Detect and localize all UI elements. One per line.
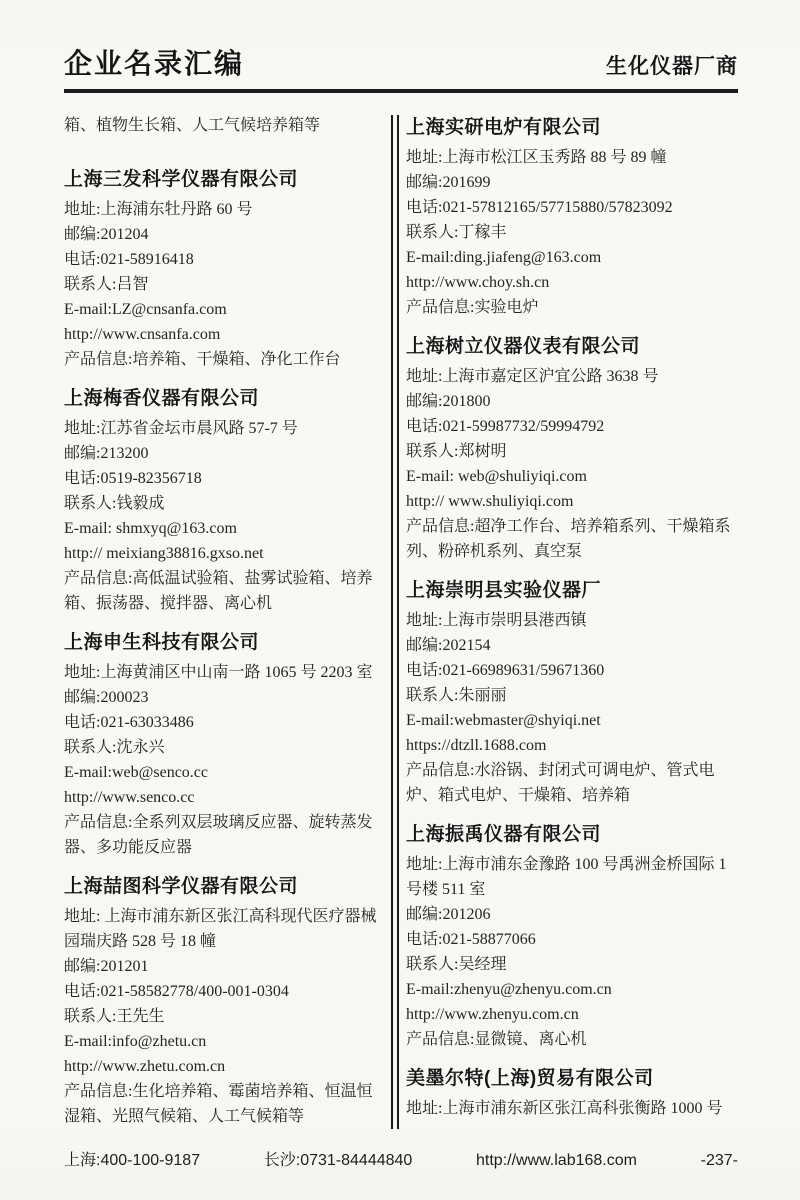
entry-field-line: 联系人:郑树明 <box>406 439 738 464</box>
entry-field-line: 产品信息:超净工作台、培养箱系列、干燥箱系列、粉碎机系列、真空泵 <box>406 514 738 564</box>
column-divider-rule <box>391 115 399 1129</box>
entry-field-line: E-mail:zhenyu@zhenyu.com.cn <box>406 977 738 1002</box>
entry-field-line: 电话:021-58877066 <box>406 927 738 952</box>
entry-field-line: 联系人:钱毅成 <box>64 491 382 516</box>
entry-field-line: 电话:021-66989631/59671360 <box>406 658 738 683</box>
footer-page-number: -237- <box>701 1152 738 1170</box>
company-name: 上海振禹仪器有限公司 <box>406 820 738 850</box>
directory-content: 箱、植物生长箱、人工气候培养箱等上海三发科学仪器有限公司地址:上海浦东牡丹路 6… <box>64 113 738 1135</box>
entry-field-line: http://www.zhenyu.com.cn <box>406 1002 738 1027</box>
entry-field-line: 邮编:200023 <box>64 685 382 710</box>
entry-field-line: E-mail: web@shuliyiqi.com <box>406 464 738 489</box>
page-footer: 上海:400-100-9187 长沙:0731-84444840 http://… <box>64 1135 738 1170</box>
entry-field-line: 地址:上海市浦东新区张江高科张衡路 1000 号 <box>406 1096 738 1121</box>
company-name: 上海实研电炉有限公司 <box>406 113 738 143</box>
entry-field-line: 联系人:吕智 <box>64 272 382 297</box>
entry-field-line: 邮编:201204 <box>64 222 382 247</box>
entry-field-line: http://www.cnsanfa.com <box>64 322 382 347</box>
company-entry: 上海三发科学仪器有限公司地址:上海浦东牡丹路 60 号邮编:201204电话:0… <box>64 165 382 372</box>
entry-field-line: E-mail:LZ@cnsanfa.com <box>64 297 382 322</box>
entry-field-line: 邮编:201206 <box>406 902 738 927</box>
entry-field-line: 邮编:213200 <box>64 441 382 466</box>
entry-field-line: 地址:上海市嘉定区沪宜公路 3638 号 <box>406 364 738 389</box>
entry-field-line: E-mail:ding.jiafeng@163.com <box>406 245 738 270</box>
entry-field-line: E-mail:webmaster@shyiqi.net <box>406 708 738 733</box>
entry-field-line: 产品信息:全系列双层玻璃反应器、旋转蒸发器、多功能反应器 <box>64 810 382 860</box>
entry-field-line: 联系人:丁稼丰 <box>406 220 738 245</box>
entry-field-line: 联系人:朱丽丽 <box>406 683 738 708</box>
entry-field-line: 电话:021-58582778/400-001-0304 <box>64 979 382 1004</box>
entry-field-line: 联系人:王先生 <box>64 1004 382 1029</box>
entry-field-line: 产品信息:生化培养箱、霉菌培养箱、恒温恒湿箱、光照气候箱、人工气候箱等 <box>64 1079 382 1129</box>
entry-field-line: 地址:上海市浦东金豫路 100 号禹洲金桥国际 1 号楼 511 室 <box>406 852 738 902</box>
entry-field-line: http://www.senco.cc <box>64 785 382 810</box>
entry-field-line: 地址: 上海市浦东新区张江高科现代医疗器械园瑞庆路 528 号 18 幢 <box>64 904 382 954</box>
entry-field-line: 地址:上海市崇明县港西镇 <box>406 608 738 633</box>
entry-field-line: 地址:上海黄浦区中山南一路 1065 号 2203 室 <box>64 660 382 685</box>
entry-field-line: 邮编:202154 <box>406 633 738 658</box>
entry-field-line: 产品信息:高低温试验箱、盐雾试验箱、培养箱、振荡器、搅拌器、离心机 <box>64 566 382 616</box>
entry-field-line: http:// www.shuliyiqi.com <box>406 489 738 514</box>
entry-field-line: http://www.choy.sh.cn <box>406 270 738 295</box>
entry-field-line: 电话:0519-82356718 <box>64 466 382 491</box>
left-column: 箱、植物生长箱、人工气候培养箱等上海三发科学仪器有限公司地址:上海浦东牡丹路 6… <box>64 113 382 1135</box>
entry-field-line: 产品信息:水浴锅、封闭式可调电炉、管式电炉、箱式电炉、干燥箱、培养箱 <box>406 758 738 808</box>
footer-website: http://www.lab168.com <box>476 1152 637 1170</box>
entry-field-line: E-mail:web@senco.cc <box>64 760 382 785</box>
company-entry: 上海喆图科学仪器有限公司地址: 上海市浦东新区张江高科现代医疗器械园瑞庆路 52… <box>64 872 382 1129</box>
entry-field-line: 电话:021-59987732/59994792 <box>406 414 738 439</box>
entry-field-line: 邮编:201800 <box>406 389 738 414</box>
entry-field-line: 产品信息:实验电炉 <box>406 295 738 320</box>
entry-field-line: 邮编:201699 <box>406 170 738 195</box>
company-entry: 上海实研电炉有限公司地址:上海市松江区玉秀路 88 号 89 幢邮编:20169… <box>406 113 738 320</box>
company-name: 上海喆图科学仪器有限公司 <box>64 872 382 902</box>
entry-field-line: http://www.zhetu.com.cn <box>64 1054 382 1079</box>
company-name: 美墨尔特(上海)贸易有限公司 <box>406 1064 738 1094</box>
company-entry: 上海申生科技有限公司地址:上海黄浦区中山南一路 1065 号 2203 室邮编:… <box>64 628 382 860</box>
header-divider-rule <box>64 89 738 93</box>
page-header: 企业名录汇编 生化仪器厂商 <box>64 42 738 82</box>
entry-field-line: https://dtzll.1688.com <box>406 733 738 758</box>
entry-field-line: 地址:上海市松江区玉秀路 88 号 89 幢 <box>406 145 738 170</box>
entry-field-line: 电话:021-58916418 <box>64 247 382 272</box>
entry-field-line: E-mail:info@zhetu.cn <box>64 1029 382 1054</box>
company-name: 上海树立仪器仪表有限公司 <box>406 332 738 362</box>
footer-changsha-phone: 长沙:0731-84444840 <box>264 1147 413 1170</box>
company-name: 上海崇明县实验仪器厂 <box>406 576 738 606</box>
entry-field-line: 产品信息:培养箱、干燥箱、净化工作台 <box>64 347 382 372</box>
entry-field-line: 联系人:吴经理 <box>406 952 738 977</box>
entry-field-line: 电话:021-57812165/57715880/57823092 <box>406 195 738 220</box>
company-entry: 上海振禹仪器有限公司地址:上海市浦东金豫路 100 号禹洲金桥国际 1 号楼 5… <box>406 820 738 1052</box>
company-name: 上海梅香仪器有限公司 <box>64 384 382 414</box>
company-name: 上海申生科技有限公司 <box>64 628 382 658</box>
entry-field-line: 地址:上海浦东牡丹路 60 号 <box>64 197 382 222</box>
entry-field-line: 地址:江苏省金坛市晨风路 57-7 号 <box>64 416 382 441</box>
continuation-text: 箱、植物生长箱、人工气候培养箱等 <box>64 113 382 138</box>
entry-field-line: 电话:021-63033486 <box>64 710 382 735</box>
entry-field-line: 联系人:沈永兴 <box>64 735 382 760</box>
header-right-title: 生化仪器厂商 <box>606 50 738 82</box>
company-entry: 上海崇明县实验仪器厂地址:上海市崇明县港西镇邮编:202154电话:021-66… <box>406 576 738 808</box>
entry-field-line: http:// meixiang38816.gxso.net <box>64 541 382 566</box>
right-column: 上海实研电炉有限公司地址:上海市松江区玉秀路 88 号 89 幢邮编:20169… <box>406 113 738 1135</box>
company-name: 上海三发科学仪器有限公司 <box>64 165 382 195</box>
entry-field-line: E-mail: shmxyq@163.com <box>64 516 382 541</box>
entry-field-line: 邮编:201201 <box>64 954 382 979</box>
company-entry: 上海树立仪器仪表有限公司地址:上海市嘉定区沪宜公路 3638 号邮编:20180… <box>406 332 738 564</box>
footer-shanghai-phone: 上海:400-100-9187 <box>64 1147 200 1170</box>
company-entry: 上海梅香仪器有限公司地址:江苏省金坛市晨风路 57-7 号邮编:213200电话… <box>64 384 382 616</box>
header-left-title: 企业名录汇编 <box>64 42 244 82</box>
directory-page: 企业名录汇编 生化仪器厂商 箱、植物生长箱、人工气候培养箱等上海三发科学仪器有限… <box>0 0 800 1200</box>
entry-field-line: 产品信息:显微镜、离心机 <box>406 1027 738 1052</box>
company-entry: 美墨尔特(上海)贸易有限公司地址:上海市浦东新区张江高科张衡路 1000 号 <box>406 1064 738 1121</box>
